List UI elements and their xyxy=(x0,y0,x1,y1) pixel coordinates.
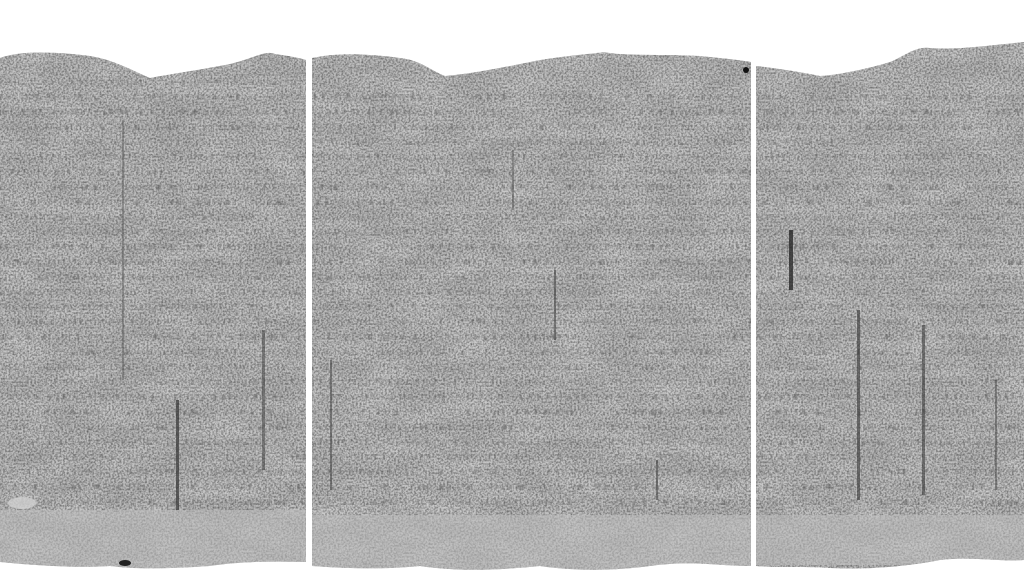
papyrus-panel-left xyxy=(0,0,306,582)
papyrus-svg xyxy=(0,0,1024,582)
papyrus-scan-image xyxy=(0,0,1024,582)
papyrus-panel-right xyxy=(756,0,1024,582)
panel-separator-2 xyxy=(751,0,756,582)
panel-separator-1 xyxy=(306,0,312,582)
papyrus-panel-middle xyxy=(312,0,751,582)
